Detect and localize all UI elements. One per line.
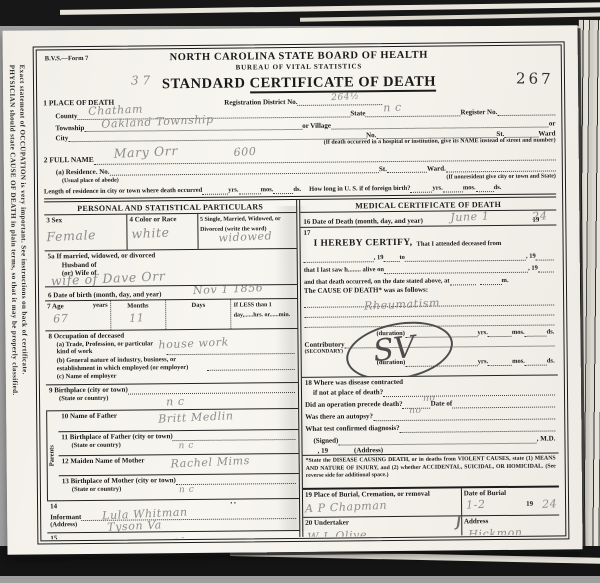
dotted-line	[273, 186, 293, 194]
city-label: City	[55, 134, 68, 142]
signed-date-19-label: , 19	[318, 447, 329, 455]
mother-birthplace-label: 13 Birthplace of Mother (city or town)	[62, 477, 176, 486]
place-of-burial-value-handwritten: A P Chapman	[305, 500, 388, 517]
mother-birthplace-row: 13 Birthplace of Mother (city or town) (…	[59, 473, 299, 499]
dotted-line	[525, 328, 547, 336]
certificate-paper: PHYSICIAN should state CAUSE OF DEATH in…	[2, 25, 582, 554]
last-saw-alive-label: that I last saw h........ alive on	[304, 266, 384, 274]
attended-deceased-label: That I attended deceased from	[416, 240, 501, 248]
informant-row: 14 ’ ’ Informant (Address) Lula Whitman …	[47, 498, 299, 532]
age-years-label: years	[93, 302, 108, 310]
dotted-line	[239, 186, 261, 194]
contributory-label: Contributory	[304, 340, 344, 349]
dotted-line	[383, 254, 399, 262]
occupation-value-handwritten: house work	[158, 336, 229, 352]
medical-column: MEDICAL CERTIFICATE OF DEATH 16 Date of …	[300, 197, 559, 539]
mother-birthplace-value-handwritten: n c	[179, 485, 195, 496]
dotted-line	[538, 264, 554, 272]
or-village-label: or Village	[302, 121, 331, 130]
marital-status-value-handwritten: widowed	[218, 231, 272, 246]
personal-column: PERSONAL AND STATISTICAL PARTICULARS 3 S…	[44, 200, 303, 539]
dotted-line	[304, 254, 374, 263]
registration-district-value-handwritten: 264½	[331, 92, 360, 104]
duration-mos-label: mos.	[512, 329, 525, 337]
autopsy-value-handwritten: no	[409, 405, 422, 416]
comma-19-label: , 19	[374, 254, 384, 262]
duration-ds-label: ds.	[547, 358, 555, 366]
certificate-title: STANDARD CERTIFICATE OF DEATH	[162, 74, 436, 94]
filed-year-handwritten: 24	[109, 539, 125, 540]
dotted-line	[479, 277, 501, 285]
date-of-burial-value-handwritten: 1-2	[466, 499, 486, 513]
informant-label: Informant	[50, 513, 81, 522]
abode-note: (Usual place of abode)	[62, 178, 119, 186]
burial-row: 19 Place of Burial, Cremation, or remova…	[303, 486, 559, 517]
scribble-letters-handwritten: SV	[371, 330, 417, 370]
street-label: St.	[496, 130, 504, 138]
place-of-burial-label: 19 Place of Burial, Cremation, or remova…	[305, 490, 430, 499]
father-birthplace-label: 11 Birthplace of Father (city or town)	[61, 433, 172, 442]
scanner-top-band	[0, 0, 600, 26]
date-of-birth-row: 6 Date of birth (month, day, and year) N…	[45, 284, 297, 300]
dotted-line	[387, 165, 427, 173]
paper-edge-streak	[300, 12, 600, 22]
dotted-line	[384, 265, 528, 274]
dotted-line	[376, 130, 496, 139]
undertaker-label: 20 Undertaker	[305, 519, 349, 527]
yrs-label: yrs.	[228, 187, 238, 195]
dotted-line	[536, 252, 554, 260]
pencil-annotation: 3 7	[131, 73, 150, 87]
ds-label: ds.	[494, 184, 502, 192]
undertaker-value-handwritten: W L Olive	[307, 530, 367, 540]
father-birthplace-row: 11 Birthplace of Father (city or town) (…	[58, 429, 298, 455]
hereby-certify-label: I HEREBY CERTIFY,	[314, 238, 413, 250]
burial-year-handwritten: 24	[542, 499, 558, 513]
age-row: 7 Age years 67 Months 11 Days	[45, 298, 297, 330]
residence-ward-label: Ward.	[427, 164, 446, 172]
age-days-label: Days	[191, 302, 205, 309]
dotted-line	[488, 358, 512, 366]
duration-yrs-label: yrs.	[477, 329, 487, 337]
date-of-birth-value-handwritten: Nov 1 1856	[193, 284, 264, 298]
mos-label: mos.	[463, 185, 476, 193]
certification-block: 17 I HEREBY CERTIFY, That I attended dec…	[300, 225, 557, 377]
test-confirmed-label: What test confirmed diagnosis?	[305, 424, 399, 433]
full-name-value-handwritten: Mary Orr	[113, 144, 178, 162]
how-long-in-us-label: How long in U. S. if of foreign birth?	[309, 185, 410, 194]
color-race-value-handwritten: white	[131, 226, 170, 242]
occupation-industry-label: (b) General nature of industry, business…	[57, 356, 207, 373]
duration-ds-label: ds.	[547, 329, 555, 337]
paper-edge-streak	[230, 550, 600, 564]
father-birthplace-value-handwritten: n c	[178, 441, 194, 452]
date-of-death-label: 16 Date of Death (month, day, and year)	[303, 217, 423, 226]
item-14-number: 14	[50, 503, 57, 511]
burial-19-label: 19	[526, 500, 533, 508]
dotted-line	[443, 184, 463, 192]
house-no-label: No.	[366, 131, 376, 139]
mother-name-value-handwritten: Rachel Mims	[170, 455, 250, 471]
certificate-form: B.V.S.—Form 7 NORTH CAROLINA STATE BOARD…	[33, 41, 570, 544]
length-of-residence-label: Length of residence in city or town wher…	[44, 187, 202, 196]
occupation-row: 8 Occupation of deceased (a) Trade, Prof…	[45, 328, 298, 384]
operation-value-handwritten: no	[423, 393, 436, 404]
date-of-death-value-handwritten: June 1	[450, 211, 490, 226]
mos-label: mos.	[261, 187, 274, 195]
full-name-extra-handwritten: 600	[233, 146, 256, 160]
or-label: or	[549, 119, 556, 127]
father-name-value-handwritten: Britt Medlin	[158, 411, 234, 427]
date-of-burial-label: Date of Burial	[464, 489, 506, 497]
mother-name-label: 12 Maiden Name of Mother	[62, 457, 145, 466]
scanned-death-certificate: PHYSICIAN should state CAUSE OF DEATH in…	[0, 0, 600, 583]
dotted-line	[173, 432, 296, 441]
sex-value-handwritten: Female	[46, 228, 96, 245]
nonresident-note: (If nonresident give city or town and St…	[446, 173, 556, 181]
residence-street-label: St.	[379, 165, 387, 173]
certificate-title-part-b: CERTIFICATE OF DEATH	[250, 74, 437, 94]
dotted-line	[400, 423, 556, 432]
filed-row: 15 Filed 19 1-5 24 H M Sharpe REGISTRAR	[47, 530, 299, 539]
age-months-label: Months	[127, 303, 148, 310]
father-name-label: 10 Name of Father	[61, 412, 117, 421]
dotted-line	[410, 185, 432, 193]
dotted-line	[525, 357, 547, 365]
parents-group: Parents 10 Name of Father Britt Medlin 1…	[46, 408, 299, 500]
township-label: Township	[55, 124, 84, 133]
dotted-line	[405, 253, 526, 262]
residence-label: (a) Residence. No.	[56, 168, 110, 177]
date-of-birth-label: 6 Date of birth (month, day, and year)	[48, 290, 161, 299]
yrs-label: yrs.	[432, 185, 442, 193]
dotted-line	[504, 130, 538, 138]
registrar-signature-handwritten: H M Sharpe	[137, 535, 221, 540]
ditto-marks: ’ ’	[230, 501, 236, 509]
county-label: County	[55, 112, 77, 120]
certificate-title-part-a: STANDARD	[162, 75, 250, 92]
age-years-value-handwritten: 67	[53, 313, 69, 327]
color-race-label: 4 Color or Race	[129, 216, 176, 224]
signed-address-label: (Address)	[354, 447, 383, 456]
sex-color-marital-row: 3 Sex Female 4 Color or Race white 5 Sin…	[44, 212, 296, 250]
undertaker-address-label: Address	[464, 518, 488, 526]
dotted-line	[488, 329, 512, 337]
duration-yrs-label: yrs.	[478, 358, 488, 366]
disease-questions-block: 18 Where was disease contracted if not a…	[302, 375, 559, 455]
birthplace-row: 9 Birthplace (city or town) (State or co…	[46, 382, 298, 410]
occupation-trade-label: (a) Trade, Profession, or particular kin…	[56, 340, 166, 356]
spouse-row: 5a If married, widowed, or divorced Husb…	[45, 248, 297, 286]
state-value-handwritten: n c	[383, 102, 402, 116]
age-months-value-handwritten: 11	[129, 313, 145, 327]
informant-address-value-handwritten: Tyson Va	[107, 520, 162, 533]
autopsy-label: Was there an autopsy?	[305, 413, 373, 422]
less-than-one-day-label: If LESS than 1 day,......hrs. or......mi…	[234, 303, 291, 318]
state-label: State	[350, 109, 365, 117]
sex-label: 3 Sex	[46, 217, 62, 225]
md-label: , M.D.	[537, 435, 556, 443]
ward-label: Ward	[538, 129, 555, 137]
certificate-number-stamp: 267	[516, 70, 554, 88]
date-of-death-year-handwritten: 24	[532, 211, 548, 225]
parents-vertical-label: Parents	[46, 412, 59, 501]
dotted-line	[449, 277, 475, 285]
comma-19-label: , 19	[526, 253, 536, 261]
footnote: *State the DISEASE CAUSING DEATH, or in …	[303, 453, 559, 488]
ds-label: ds.	[293, 186, 301, 194]
birthplace-label: 9 Birthplace (city or town)	[49, 386, 128, 395]
signed-label: (Signed)	[313, 437, 338, 445]
birthplace-value-handwritten: n c	[166, 396, 185, 410]
comma-19-label: , 19	[528, 265, 538, 273]
employer-label: (c) Name of employer	[49, 371, 295, 381]
dotted-line	[207, 362, 295, 371]
undertaker-row: 20 Undertaker W L Olive f Address Hickmo…	[303, 515, 559, 540]
dotted-line	[202, 187, 228, 195]
undertaker-address-value-handwritten: Hickmon	[468, 527, 523, 539]
dotted-line	[476, 184, 494, 192]
am-pm-label: m.	[501, 277, 508, 285]
spouse-value-handwritten: wife of Dave Orr	[51, 270, 166, 287]
dotted-line	[446, 163, 556, 172]
mother-name-row: 12 Maiden Name of Mother Rachel Mims	[59, 453, 299, 475]
dotted-line	[176, 476, 296, 485]
father-name-row: 10 Name of Father Britt Medlin	[58, 409, 298, 431]
form-number: B.V.S.—Form 7	[45, 55, 89, 63]
age-label: 7 Age	[47, 303, 64, 311]
form-columns: PERSONAL AND STATISTICAL PARTICULARS 3 S…	[44, 193, 559, 539]
duration-mos-label: mos.	[512, 358, 525, 366]
dotted-line	[128, 385, 295, 395]
